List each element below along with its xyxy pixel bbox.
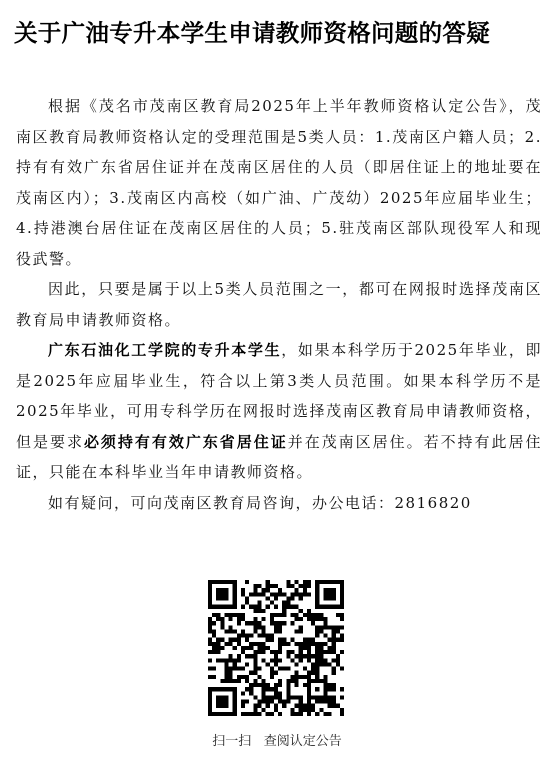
paragraph-upgrade-students: 广东石油化工学院的专升本学生，如果本科学历于2025年毕业，即是2025年应届毕… xyxy=(16,335,542,488)
contact-line: 如有疑问，可向茂南区教育局咨询，办公电话：2816820 xyxy=(16,488,542,519)
paragraph-conclusion: 因此，只要是属于以上5类人员范围之一，都可在网报时选择茂南区教育局申请教师资格。 xyxy=(16,274,542,335)
article-body: 根据《茂名市茂南区教育局2025年上半年教师资格认定公告》，茂南区教育局教师资格… xyxy=(16,91,542,518)
bold-residence-permit-requirement: 必须持有有效广东省居住证 xyxy=(84,433,288,451)
contact-phone: 2816820 xyxy=(395,494,472,512)
page-title: 关于广油专升本学生申请教师资格问题的答疑 xyxy=(14,18,554,48)
qr-code-icon[interactable] xyxy=(208,580,344,716)
contact-label: 如有疑问，可向茂南区教育局咨询，办公电话： xyxy=(48,494,395,512)
paragraph-scope: 根据《茂名市茂南区教育局2025年上半年教师资格认定公告》，茂南区教育局教师资格… xyxy=(16,91,542,274)
qr-caption: 扫一扫 查阅认定公告 xyxy=(0,730,554,749)
bold-upgrade-students: 广东石油化工学院的专升本学生 xyxy=(48,341,281,359)
